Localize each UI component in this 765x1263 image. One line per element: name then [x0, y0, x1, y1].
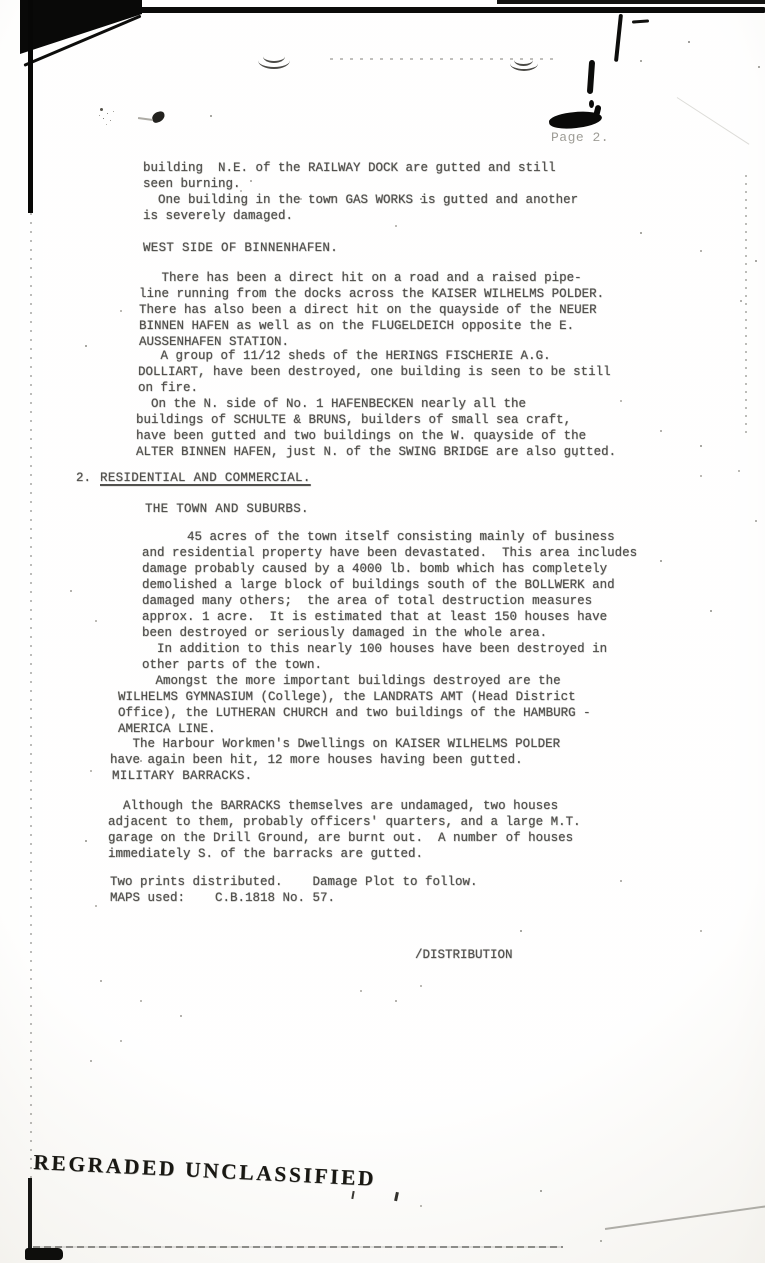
body-line: garage on the Drill Ground, are burnt ou…: [108, 830, 581, 846]
body-line: 45 acres of the town itself consisting m…: [142, 529, 637, 545]
pen-curve-mark-left-inner: [263, 50, 285, 63]
body-line: line running from the docks across the K…: [139, 286, 604, 302]
body-line: immediately S. of the barracks are gutte…: [108, 846, 581, 862]
footer-notes: Two prints distributed. Damage Plot to f…: [110, 874, 478, 906]
body-line: approx. 1 acre. It is estimated that at …: [142, 609, 637, 625]
body-line: ALTER BINNEN HAFEN, just N. of the SWING…: [136, 444, 616, 460]
ink-comma-blot: [151, 110, 166, 124]
body-line: is severely damaged.: [143, 208, 578, 224]
page-number-ink-blob-tail: [592, 104, 601, 120]
paragraph-barracks: Although the BARRACKS themselves are und…: [108, 798, 581, 862]
distribution-label: /DISTRIBUTION: [415, 947, 513, 963]
paragraph-100-houses: In addition to this nearly 100 houses ha…: [142, 641, 607, 673]
page-number-label: Page 2.: [551, 130, 609, 146]
pen-curve-mark-right-inner: [514, 54, 533, 66]
page-number: Page 2.: [551, 130, 609, 146]
scanned-document-page: Page 2. building N.E. of the RAILWAY DOC…: [0, 0, 765, 1263]
body-line: WILHELMS GYMNASIUM (College), the LANDRA…: [118, 689, 591, 705]
body-line: BINNEN HAFEN as well as on the FLUGELDEI…: [139, 318, 604, 334]
maps-used-line: MAPS used: C.B.1818 No. 57.: [110, 890, 478, 906]
left-bottom-scan-line: [28, 1178, 32, 1256]
page-number-ink-blob: [548, 109, 603, 131]
stray-tick-mark-1: [351, 1191, 354, 1199]
right-edge-dotted-line: [745, 175, 747, 435]
pen-curve-mark-left: [258, 52, 290, 69]
body-line: building N.E. of the RAILWAY DOCK are gu…: [143, 160, 578, 176]
body-line: have again been hit, 12 more houses havi…: [110, 752, 560, 768]
stray-tick-mark-2: [394, 1192, 398, 1201]
top-scan-band-secondary: [497, 0, 765, 4]
left-edge-dotted-line: [30, 213, 32, 1178]
section-title: RESIDENTIAL AND COMMERCIAL.: [100, 470, 311, 486]
ink-stroke-mark: [587, 60, 595, 94]
body-line: have been gutted and two buildings on th…: [136, 428, 616, 444]
body-line: There has been a direct hit on a road an…: [139, 270, 604, 286]
paragraph-sheds: A group of 11/12 sheds of the HERINGS FI…: [138, 348, 611, 396]
section-heading: WEST SIDE OF BINNENHAFEN.: [143, 240, 338, 256]
top-right-ink-tick: [632, 19, 649, 23]
left-edge-scan-line: [28, 0, 33, 213]
body-line: seen burning.: [143, 176, 578, 192]
heading-military-barracks: MILITARY BARRACKS.: [112, 768, 252, 784]
bottom-left-ink-blob: [25, 1248, 63, 1260]
section-number: 2.: [76, 470, 91, 486]
paragraph-harbour-dwellings: The Harbour Workmen's Dwellings on KAISE…: [110, 736, 560, 768]
body-line: There has also been a direct hit on the …: [139, 302, 604, 318]
body-line: In addition to this nearly 100 houses ha…: [142, 641, 607, 657]
body-line: On the N. side of No. 1 HAFENBECKEN near…: [136, 396, 616, 412]
body-line: AMERICA LINE.: [118, 721, 591, 737]
body-line: damaged many others; the area of total d…: [142, 593, 637, 609]
body-line: One building in the town GAS WORKS is gu…: [143, 192, 578, 208]
ink-comma-blot-tail: [138, 117, 153, 121]
heading-town-suburbs: THE TOWN AND SUBURBS.: [145, 501, 309, 517]
top-left-diagonal-line: [23, 14, 141, 66]
section-2-heading: 2. RESIDENTIAL AND COMMERCIAL.: [76, 470, 311, 486]
paragraph-hafenbecken: On the N. side of No. 1 HAFENBECKEN near…: [136, 396, 616, 460]
ink-stroke-dot: [589, 100, 594, 108]
paragraph-direct-hit: There has been a direct hit on a road an…: [139, 270, 604, 350]
bottom-right-scratch-line: [605, 1205, 765, 1229]
top-scan-band: [20, 7, 765, 13]
body-line: been destroyed or seriously damaged in t…: [142, 625, 637, 641]
body-line: Although the BARRACKS themselves are und…: [108, 798, 581, 814]
paragraph-important-buildings: Amongst the more important buildings des…: [118, 673, 591, 737]
prints-distributed-line: Two prints distributed. Damage Plot to f…: [110, 874, 478, 890]
top-right-ink-stroke: [614, 14, 623, 62]
pen-curve-mark-right: [510, 56, 538, 71]
body-line: damage probably caused by a 4000 lb. bom…: [142, 561, 637, 577]
declassification-stamp: REGRADED UNCLASSIFIED: [34, 1150, 377, 1175]
body-line: A group of 11/12 sheds of the HERINGS FI…: [138, 348, 611, 364]
paper-noise-specks: [0, 0, 2, 2]
regraded-unclassified-stamp: REGRADED UNCLASSIFIED: [33, 1150, 377, 1192]
bottom-scan-line: [33, 1246, 563, 1248]
faint-dotted-rule: [330, 58, 560, 60]
section-heading: MILITARY BARRACKS.: [112, 768, 252, 784]
body-line: DOLLIART, have been destroyed, one build…: [138, 364, 611, 380]
heading-west-side: WEST SIDE OF BINNENHAFEN.: [143, 240, 338, 256]
paragraph-railway-dock: building N.E. of the RAILWAY DOCK are gu…: [143, 160, 578, 224]
distribution-catchword: /DISTRIBUTION: [415, 947, 513, 963]
top-right-scratch-line: [677, 97, 750, 145]
body-line: and residential property have been devas…: [142, 545, 637, 561]
body-line: buildings of SCHULTE & BRUNS, builders o…: [136, 412, 616, 428]
section-heading: THE TOWN AND SUBURBS.: [145, 501, 309, 517]
paragraph-45-acres: 45 acres of the town itself consisting m…: [142, 529, 637, 641]
body-line: other parts of the town.: [142, 657, 607, 673]
body-line: The Harbour Workmen's Dwellings on KAISE…: [110, 736, 560, 752]
body-line: Office), the LUTHERAN CHURCH and two bui…: [118, 705, 591, 721]
body-line: Amongst the more important buildings des…: [118, 673, 591, 689]
body-line: adjacent to them, probably officers' qua…: [108, 814, 581, 830]
body-line: demolished a large block of buildings so…: [142, 577, 637, 593]
body-line: on fire.: [138, 380, 611, 396]
top-left-ink-wedge: [20, 0, 142, 54]
ink-speck-cluster: [100, 108, 103, 111]
